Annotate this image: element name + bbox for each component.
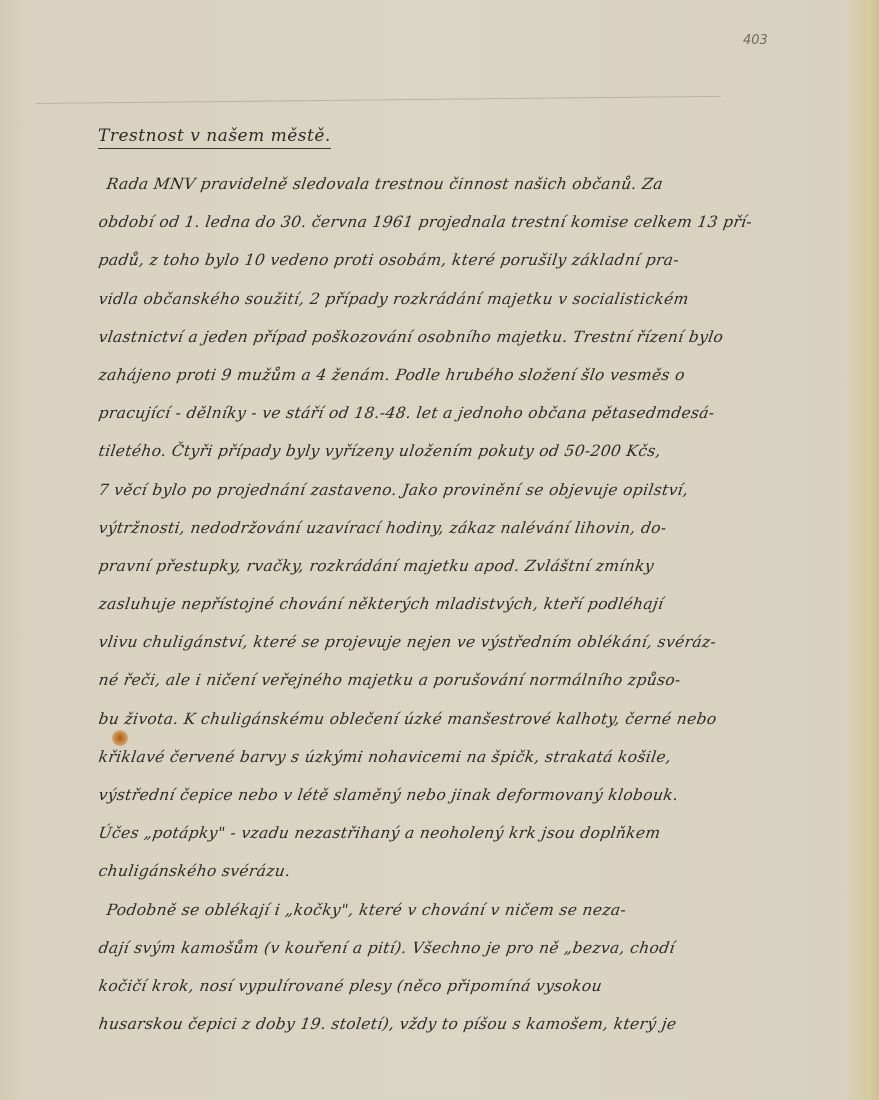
text-line: tiletého. Čtyři případy byly vyřízeny ul… xyxy=(96,432,761,470)
text-line: křiklavé červené barvy s úzkými nohavice… xyxy=(96,738,761,776)
text-line: vlivu chuligánství, které se projevuje n… xyxy=(96,623,761,661)
text-line: Podobně se oblékají i „kočky", které v c… xyxy=(96,891,761,929)
text-line: pravní přestupky, rvačky, rozkrádání maj… xyxy=(96,547,761,585)
handwritten-text-block: Trestnost v našem městě. Rada MNV pravid… xyxy=(96,126,756,1043)
text-line: zasluhuje nepřístojné chování některých … xyxy=(96,585,761,623)
text-line: výtržnosti, nedodržování uzavírací hodin… xyxy=(96,509,761,547)
text-line: dají svým kamošům (v kouření a pití). Vš… xyxy=(96,929,761,967)
text-line: padů, z toho bylo 10 vedeno proti osobám… xyxy=(96,241,761,279)
text-line: kočičí krok, nosí vypulírované plesy (ně… xyxy=(96,967,761,1005)
section-title: Trestnost v našem městě. xyxy=(98,126,331,149)
text-line: bu života. K chuligánskému oblečení úzké… xyxy=(96,700,761,738)
page-number: 403 xyxy=(743,33,768,48)
text-line: výstřední čepice nebo v létě slaměný neb… xyxy=(96,776,761,814)
page-top-rule xyxy=(36,96,721,104)
text-line: husarskou čepici z doby 19. století), vž… xyxy=(96,1005,761,1043)
text-line: 7 věcí bylo po projednání zastaveno. Jak… xyxy=(96,471,761,509)
text-line: vlastnictví a jeden případ poškozování o… xyxy=(96,318,761,356)
text-line: chuligánského svérázu. xyxy=(96,852,761,890)
text-line: zahájeno proti 9 mužům a 4 ženám. Podle … xyxy=(96,356,761,394)
chronicle-page: 403 Trestnost v našem městě. Rada MNV pr… xyxy=(0,0,879,1100)
text-line: vidla občanského soužití, 2 případy rozk… xyxy=(96,280,761,318)
text-line: období od 1. ledna do 30. června 1961 pr… xyxy=(96,203,761,241)
text-line: Rada MNV pravidelně sledovala trestnou č… xyxy=(96,165,761,203)
text-line: né řeči, ale i ničení veřejného majetku … xyxy=(96,661,761,699)
text-line: Účes „potápky" - vzadu nezastřihaný a ne… xyxy=(96,814,761,852)
text-line: pracující - dělníky - ve stáří od 18.-48… xyxy=(96,394,761,432)
